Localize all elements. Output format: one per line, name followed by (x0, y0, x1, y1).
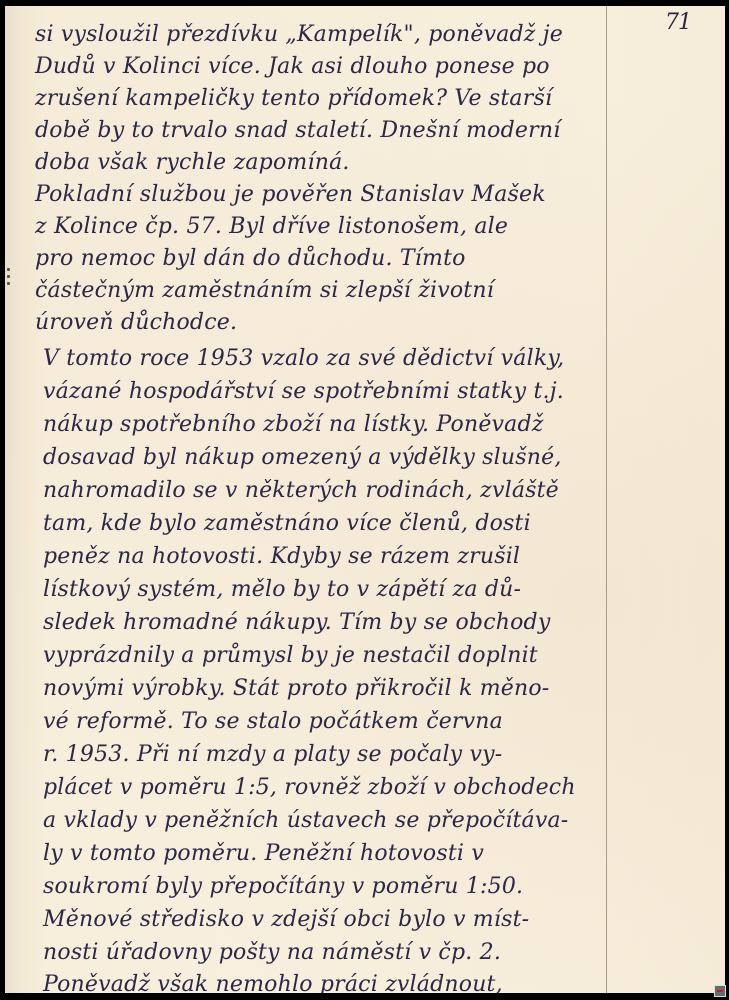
text-line: zrušení kampeličky tento přídomek? Ve st… (35, 86, 552, 111)
text-line: nahromadilo se v některých rodinách, zvl… (43, 478, 559, 503)
text-line: nosti úřadovny pošty na náměstí v čp. 2. (43, 940, 501, 965)
page-number: 71 (665, 10, 691, 35)
margin-line (606, 6, 607, 993)
text-line: Měnové středisko v zdejší obci bylo v mí… (43, 907, 529, 932)
text-line: doba však rychle zapomíná. (35, 150, 350, 175)
document-frame: 71 si vysloužil přezdívku „Kampelík", po… (0, 0, 729, 1000)
text-line: nákup spotřebního zboží na lístky. Poněv… (43, 412, 544, 437)
text-line: částečným zaměstnáním si zlepší životní (35, 278, 494, 303)
text-line: lístkový systém, mělo by to v zápětí za … (43, 577, 521, 602)
binding-mark (7, 282, 10, 285)
text-line: úroveň důchodce. (35, 310, 237, 335)
text-line: r. 1953. Při ní mzdy a platy se počaly v… (43, 742, 502, 767)
text-line: peněz na hotovosti. Kdyby se rázem zruši… (43, 544, 520, 569)
text-line: době by to trvalo snad staletí. Dnešní m… (35, 118, 560, 143)
text-line: Dudů v Kolinci více. Jak asi dlouho pone… (35, 54, 550, 79)
text-line: pro nemoc byl dán do důchodu. Tímto (35, 246, 466, 271)
text-line: Poněvadž však nemohlo práci zvládnout, (43, 972, 503, 993)
text-line: vázané hospodářství se spotřebními statk… (43, 379, 564, 404)
text-line: dosavad byl nákup omezený a výdělky sluš… (43, 445, 562, 470)
minimize-icon[interactable] (714, 985, 726, 997)
text-line: vyprázdnily a průmysl by je nestačil dop… (43, 643, 538, 668)
text-line: plácet v poměru 1:5, rovněž zboží v obch… (43, 775, 576, 800)
text-line: Pokladní službou je pověřen Stanislav Ma… (35, 182, 546, 207)
text-line: si vysloužil přezdívku „Kampelík", poněv… (35, 22, 563, 47)
text-line: vé reformě. To se stalo počátkem června (43, 709, 503, 734)
binding-mark (7, 275, 10, 278)
text-line: sledek hromadné nákupy. Tím by se obchod… (43, 610, 550, 635)
text-line: z Kolince čp. 57. Byl dříve listonošem, … (35, 214, 508, 239)
binding-marks (7, 268, 11, 288)
text-line: soukromí byly přepočítány v poměru 1:50. (43, 874, 523, 899)
manuscript-page: 71 si vysloužil přezdívku „Kampelík", po… (5, 6, 725, 993)
text-line: a vklady v peněžních ústavech se přepočí… (43, 808, 568, 833)
text-line: novými výrobky. Stát proto přikročil k m… (43, 676, 549, 701)
text-line: tam, kde bylo zaměstnáno více členů, dos… (43, 511, 531, 536)
text-line: ly v tomto poměru. Peněžní hotovosti v (43, 841, 484, 866)
binding-mark (7, 268, 10, 271)
text-line: V tomto roce 1953 vzalo za své dědictví … (43, 346, 564, 371)
